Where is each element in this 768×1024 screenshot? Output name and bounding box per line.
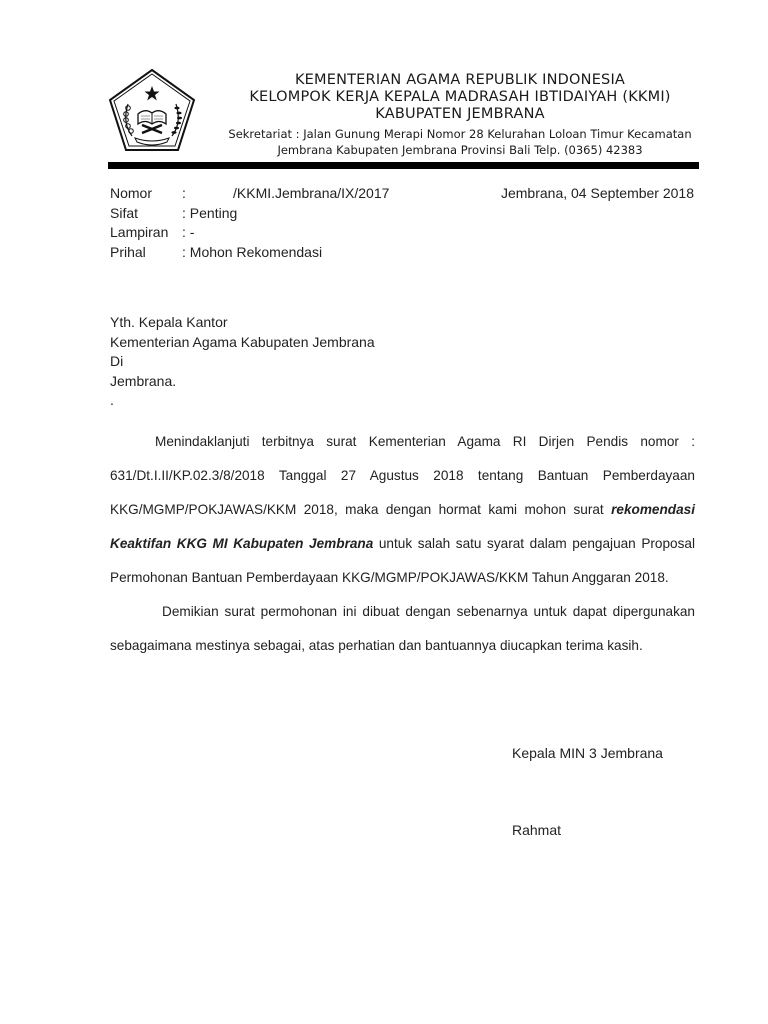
letterhead-ministry: KEMENTERIAN AGAMA REPUBLIK INDONESIA [210,72,710,89]
addressee-line: Yth. Kepala Kantor [110,313,375,333]
sifat-label: Sifat [110,204,182,224]
signature-name: Rahmat [512,821,561,840]
lampiran-label: Lampiran [110,223,182,243]
addressee-line: Di [110,352,375,372]
lampiran-value: : - [182,223,194,243]
body-paragraph-1: Menindaklanjuti terbitnya surat Kementer… [110,425,695,595]
addressee-line: . [110,391,375,411]
letterhead-address-line1: Sekretariat : Jalan Gunung Merapi Nomor … [210,126,710,142]
ministry-emblem-icon [108,68,196,152]
meta-nomor: Nomor:/KKMI.Jembrana/IX/2017 [110,184,389,204]
addressee-line: Jembrana. [110,372,375,392]
nomor-colon: : [182,184,195,204]
sifat-value: : Penting [182,204,237,224]
meta-lampiran: Lampiran: - [110,223,389,243]
meta-prihal: Prihal: Mohon Rekomendasi [110,243,389,263]
letterhead-regency: KABUPATEN JEMBRANA [210,106,710,123]
letter-page: KEMENTERIAN AGAMA REPUBLIK INDONESIA KEL… [0,0,768,1024]
letterhead-organization: KELOMPOK KERJA KEPALA MADRASAH IBTIDAIYA… [210,89,710,106]
signature-title: Kepala MIN 3 Jembrana [512,744,663,763]
addressee-line: Kementerian Agama Kabupaten Jembrana [110,333,375,353]
letterhead: KEMENTERIAN AGAMA REPUBLIK INDONESIA KEL… [210,72,710,158]
nomor-label: Nomor [110,184,182,204]
nomor-value: /KKMI.Jembrana/IX/2017 [233,184,389,204]
paragraph-1-text-a: Menindaklanjuti terbitnya surat Kementer… [110,434,695,517]
body-paragraph-2: Demikian surat permohonan ini dibuat den… [110,595,695,663]
letter-date: Jembrana, 04 September 2018 [482,184,694,204]
addressee: Yth. Kepala Kantor Kementerian Agama Kab… [110,313,375,411]
letterhead-address-line2: Jembrana Kabupaten Jembrana Provinsi Bal… [210,142,710,158]
letter-meta: Nomor:/KKMI.Jembrana/IX/2017 Sifat: Pent… [110,184,389,262]
prihal-value: : Mohon Rekomendasi [182,243,322,263]
letter-body: Menindaklanjuti terbitnya surat Kementer… [110,425,695,663]
nomor-blank [195,184,233,204]
letterhead-divider [108,162,699,169]
meta-sifat: Sifat: Penting [110,204,389,224]
prihal-label: Prihal [110,243,182,263]
